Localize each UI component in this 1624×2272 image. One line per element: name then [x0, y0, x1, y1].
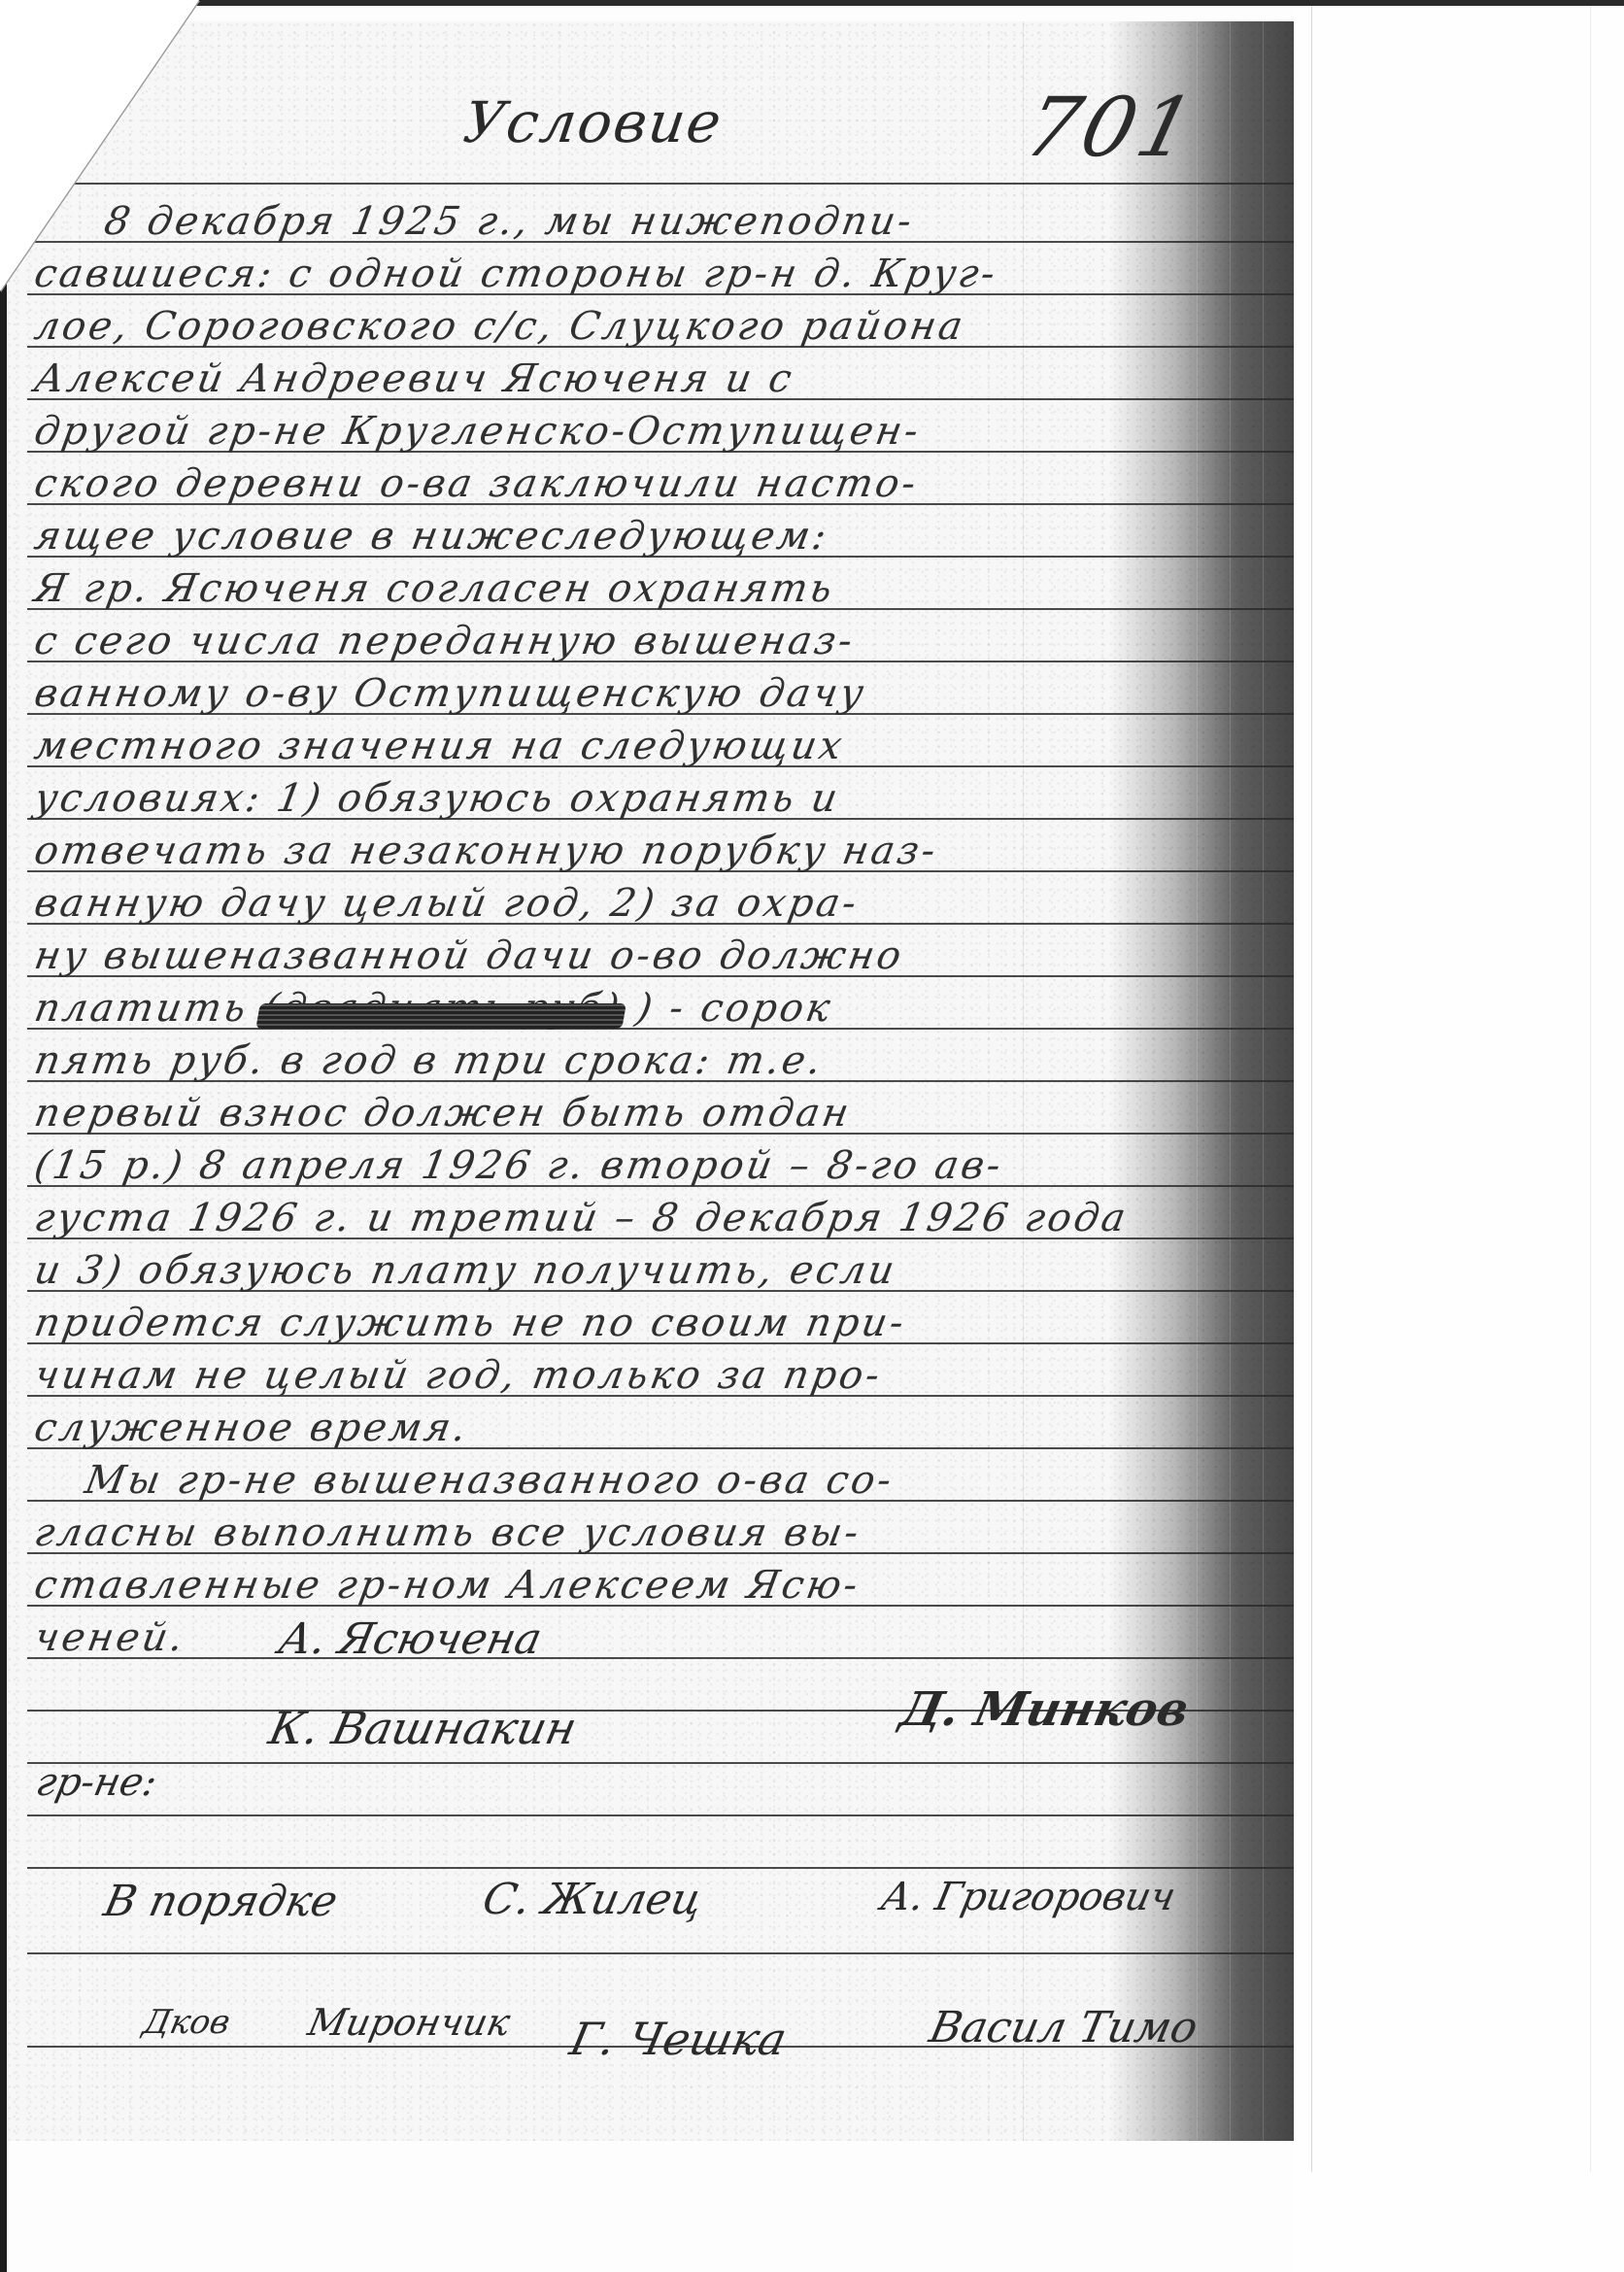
- text-line: служенное время.: [31, 1408, 1281, 1447]
- text-line: Алексей Андреевич Ясюченя и с: [31, 359, 1281, 398]
- label-by-request: В порядке: [100, 1877, 342, 1926]
- blank-margin-area: [1294, 6, 1624, 2272]
- text-line: савшиеся: с одной стороны гр-н д. Круг-: [31, 254, 1281, 293]
- text-line: (15 р.) 8 апреля 1926 г. второй – 8-го а…: [31, 1146, 1281, 1185]
- signature-yasyuchena: А. Ясючена: [275, 1614, 547, 1664]
- text-line-with-strikethrough: платить (двадцать руб) ) - сорок: [31, 989, 1281, 1028]
- text-line: Я гр. Ясюченя согласен охранять: [31, 569, 1281, 608]
- signature-7: Г. Чешка: [565, 2013, 791, 2065]
- document-title: Условие: [459, 89, 727, 155]
- signature-8: Васил Тимо: [926, 2003, 1202, 2052]
- text-line: гласны выполнить все условия вы-: [31, 1513, 1281, 1552]
- text-line: условиях: 1) обязуюсь охранять и: [31, 779, 1281, 818]
- ruled-line: [27, 1814, 1294, 1816]
- faint-vertical-line: [1590, 6, 1591, 2172]
- text-line: густа 1926 г. и третий – 8 декабря 1926 …: [31, 1199, 1281, 1238]
- document-number: 701: [1016, 80, 1207, 175]
- signature-2: Д. Минков: [896, 1682, 1194, 1737]
- scan-background: Условие 701 8 декабря 1925 г., мы нижепо…: [0, 0, 1624, 2272]
- text-line: с сего числа переданную вышеназ-: [31, 622, 1281, 661]
- scanner-left-edge: [0, 0, 7, 2272]
- text-line: и 3) обязуюсь плату получить, если: [31, 1251, 1281, 1290]
- text-line: первый взнос должен быть отдан: [31, 1094, 1281, 1133]
- text-line: другой гр-не Кругленско-Оступищен-: [31, 412, 1281, 451]
- text-line: пять руб. в год в три срока: т.е.: [31, 1041, 1281, 1080]
- ruled-line: [27, 1867, 1294, 1869]
- label-citizens: гр-не:: [32, 1760, 161, 1805]
- ruled-line: [27, 183, 1294, 185]
- text-line: местного значения на следующих: [31, 727, 1281, 765]
- text-line: лое, Сороговского с/с, Слуцкого района: [31, 307, 1281, 346]
- text-line: отвечать за незаконную порубку наз-: [31, 831, 1281, 870]
- text-line: ставленные гр-ном Алексеем Ясю-: [31, 1566, 1281, 1605]
- document-page: Условие 701 8 декабря 1925 г., мы нижепо…: [8, 21, 1294, 2141]
- ruled-line: [27, 1952, 1294, 1954]
- ruled-line: [27, 1657, 1294, 1659]
- signature-1: К. Вашнакин: [264, 1702, 581, 1754]
- text-line: 8 декабря 1925 г., мы нижеподпи-: [101, 202, 1294, 241]
- text-line: ского деревни о-ва заключили насто-: [31, 464, 1281, 503]
- folded-corner: [0, 0, 199, 291]
- signature-4: А. Григорович: [877, 1875, 1179, 1919]
- text-line: чинам не целый год, только за про-: [31, 1356, 1281, 1395]
- text-line: ящее условие в нижеследующем:: [31, 517, 1281, 556]
- text-line: ченей.: [31, 1618, 1281, 1657]
- text-line: ванному о-ву Оступищенскую дачу: [31, 674, 1281, 713]
- ruled-line: [27, 1762, 1294, 1764]
- struck-out-text: (двадцать руб): [260, 989, 626, 1028]
- text-line: придется служить не по своим при-: [31, 1304, 1281, 1342]
- signature-3: С. Жилец: [479, 1875, 707, 1924]
- text-fragment: платить: [31, 986, 253, 1031]
- text-line: ванную дачу целый год, 2) за охра-: [31, 884, 1281, 923]
- text-fragment: ) - сорок: [632, 986, 836, 1031]
- signature-6: Мирончик: [304, 2001, 514, 2044]
- text-line: ну вышеназванной дачи о-во должно: [31, 936, 1281, 975]
- text-line: Мы гр-не вышеназванного о-ва со-: [82, 1461, 1294, 1500]
- signature-5: Дков: [140, 2003, 234, 2042]
- faint-vertical-line: [1311, 6, 1312, 2172]
